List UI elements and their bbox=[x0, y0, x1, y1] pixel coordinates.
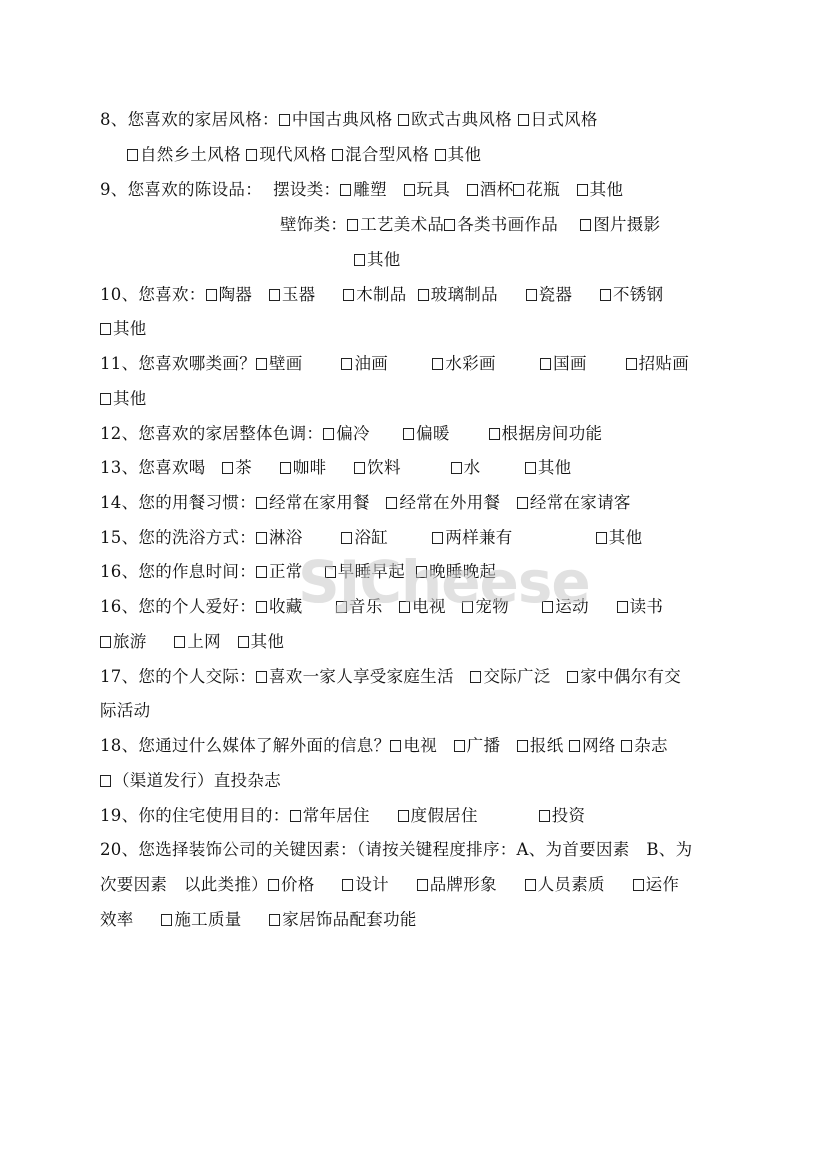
option-label: 宠物 bbox=[475, 597, 509, 616]
question-label: 19、你的住宅使用目的： bbox=[100, 806, 290, 825]
checkbox-icon[interactable] bbox=[354, 254, 365, 266]
option-label: 饮料 bbox=[367, 458, 401, 477]
checkbox-icon[interactable] bbox=[596, 532, 607, 544]
checkbox-icon[interactable] bbox=[539, 810, 550, 822]
option-checkbox[interactable]: 其他 bbox=[100, 388, 147, 410]
checkbox-icon[interactable] bbox=[238, 636, 249, 648]
checkbox-icon[interactable] bbox=[222, 462, 233, 474]
option-label: 其他 bbox=[367, 250, 401, 269]
checkbox-icon[interactable] bbox=[403, 428, 414, 440]
checkbox-icon[interactable] bbox=[517, 740, 528, 752]
checkbox-icon[interactable] bbox=[399, 601, 410, 613]
checkbox-icon[interactable] bbox=[489, 428, 500, 440]
question-label: 8、您喜欢的家居风格： bbox=[100, 110, 279, 129]
option-label: 咖啡 bbox=[293, 458, 327, 477]
option-label: 浴缸 bbox=[354, 528, 388, 547]
option-checkbox[interactable]: 其他 bbox=[525, 457, 572, 479]
checkbox-icon[interactable] bbox=[336, 601, 347, 613]
option-label: 玻璃制品 bbox=[431, 285, 498, 304]
option-label: 偏冷 bbox=[336, 424, 370, 443]
option-checkbox[interactable]: 咖啡 bbox=[280, 457, 327, 479]
option-label: 雕塑 bbox=[353, 180, 387, 199]
checkbox-icon[interactable] bbox=[435, 149, 446, 161]
checkbox-icon[interactable] bbox=[432, 532, 443, 544]
option-label: 淋浴 bbox=[269, 528, 303, 547]
option-label: 不锈钢 bbox=[613, 285, 663, 304]
checkbox-icon[interactable] bbox=[526, 289, 537, 301]
option-checkbox[interactable]: 茶 bbox=[222, 457, 252, 479]
option-checkbox[interactable]: 现代风格 bbox=[246, 144, 326, 166]
question-label: 16、您的个人爱好： bbox=[100, 597, 256, 616]
option-label: 各类书画作品 bbox=[457, 215, 558, 234]
option-checkbox[interactable]: 玩具 bbox=[404, 179, 451, 201]
option-label: 其他 bbox=[538, 458, 572, 477]
option-label: 网络 bbox=[582, 736, 616, 755]
option-checkbox[interactable]: 交际广泛 bbox=[470, 666, 550, 688]
question-label: 14、您的用餐习惯： bbox=[100, 493, 256, 512]
option-checkbox[interactable]: 浴缸 bbox=[341, 527, 388, 549]
option-label: 常年居住 bbox=[303, 806, 370, 825]
option-checkbox[interactable]: 家居饰品配套功能 bbox=[269, 909, 416, 931]
option-label: 工艺美术品 bbox=[360, 215, 444, 234]
option-checkbox[interactable]: 自然乡土风格 bbox=[127, 144, 241, 166]
checkbox-icon[interactable] bbox=[417, 879, 428, 891]
option-label: 花瓶 bbox=[526, 180, 560, 199]
checkbox-icon[interactable] bbox=[567, 671, 578, 683]
option-checkbox[interactable]: 品牌形象 bbox=[417, 874, 497, 896]
checkbox-icon[interactable] bbox=[100, 393, 111, 405]
option-label: 陶器 bbox=[219, 285, 253, 304]
option-label: 水 bbox=[464, 458, 481, 477]
option-label: 玉器 bbox=[282, 285, 316, 304]
option-label-cont: 效率 bbox=[100, 910, 134, 929]
option-checkbox[interactable]: 施工质量 bbox=[161, 909, 241, 931]
option-label: 中国古典风格 bbox=[292, 110, 393, 129]
option-checkbox[interactable]: 投资 bbox=[539, 805, 586, 827]
option-label: 早睡早起 bbox=[338, 562, 405, 581]
option-label: 读书 bbox=[630, 597, 664, 616]
option-checkbox[interactable]: 广播 bbox=[454, 735, 501, 757]
checkbox-icon[interactable] bbox=[174, 636, 185, 648]
option-checkbox[interactable]: 瓷器 bbox=[526, 284, 573, 306]
checkbox-icon[interactable] bbox=[580, 219, 591, 231]
option-checkbox[interactable]: 上网 bbox=[174, 631, 221, 653]
option-label: 茶 bbox=[235, 458, 252, 477]
option-checkbox[interactable]: 报纸 bbox=[517, 735, 564, 757]
option-checkbox[interactable]: 收藏 bbox=[256, 596, 303, 618]
option-checkbox[interactable]: 其他 bbox=[100, 318, 147, 340]
question-18: 18、您通过什么媒体了解外面的信息？电视 广播 报纸 网络 杂志 bbox=[100, 735, 668, 757]
option-label: 油画 bbox=[354, 354, 388, 373]
question-8-cont: 自然乡土风格 现代风格 混合型风格 其他 bbox=[127, 144, 481, 166]
question-label: 13、您喜欢喝 bbox=[100, 458, 206, 477]
option-checkbox[interactable]: 玻璃制品 bbox=[418, 284, 498, 306]
checkbox-icon[interactable] bbox=[621, 740, 632, 752]
question-14: 14、您的用餐习惯：经常在家用餐 经常在外用餐 经常在家请客 bbox=[100, 492, 631, 514]
option-label: 正常 bbox=[269, 562, 303, 581]
question-label: 11、您喜欢哪类画？ bbox=[100, 354, 256, 373]
option-checkbox[interactable]: 其他 bbox=[596, 527, 643, 549]
option-checkbox[interactable]: 图片摄影 bbox=[580, 214, 660, 236]
option-checkbox[interactable]: 设计 bbox=[342, 874, 389, 896]
option-label: 投资 bbox=[552, 806, 586, 825]
checkbox-icon[interactable] bbox=[256, 566, 267, 578]
option-checkbox[interactable]: 各类书画作品 bbox=[444, 214, 558, 236]
checkbox-icon[interactable] bbox=[416, 566, 427, 578]
checkbox-icon[interactable] bbox=[268, 879, 279, 891]
option-checkbox[interactable]: 电视 bbox=[390, 735, 437, 757]
option-checkbox[interactable]: 音乐 bbox=[336, 596, 383, 618]
option-checkbox[interactable]: 两样兼有 bbox=[432, 527, 512, 549]
option-label: 音乐 bbox=[349, 597, 383, 616]
question-label: 16、您的作息时间： bbox=[100, 562, 256, 581]
option-checkbox[interactable]: 招贴画 bbox=[626, 353, 689, 375]
option-label: 其他 bbox=[448, 145, 482, 164]
option-label: 晚睡晚起 bbox=[429, 562, 496, 581]
option-label: 壁画 bbox=[269, 354, 303, 373]
option-checkbox[interactable]: 雕塑 bbox=[340, 179, 387, 201]
checkbox-icon[interactable] bbox=[246, 149, 257, 161]
checkbox-icon[interactable] bbox=[280, 462, 291, 474]
checkbox-icon[interactable] bbox=[256, 358, 267, 370]
checkbox-icon[interactable] bbox=[517, 497, 528, 509]
checkbox-icon[interactable] bbox=[633, 879, 644, 891]
option-label: 经常在外用餐 bbox=[399, 493, 500, 512]
checkbox-icon[interactable] bbox=[462, 601, 473, 613]
option-label: 日式风格 bbox=[531, 110, 598, 129]
option-checkbox[interactable]: 旅游 bbox=[100, 631, 147, 653]
question-label: 9、您喜欢的陈设品： bbox=[100, 180, 262, 199]
checkbox-icon[interactable] bbox=[542, 601, 553, 613]
option-label: 图片摄影 bbox=[593, 215, 660, 234]
option-label: 两样兼有 bbox=[445, 528, 512, 547]
option-label: 其他 bbox=[590, 180, 624, 199]
option-label: 收藏 bbox=[269, 597, 303, 616]
option-label: 品牌形象 bbox=[430, 875, 497, 894]
option-checkbox[interactable]: 混合型风格 bbox=[332, 144, 429, 166]
checkbox-icon[interactable] bbox=[127, 149, 138, 161]
checkbox-icon[interactable] bbox=[418, 289, 429, 301]
option-label: 设计 bbox=[355, 875, 389, 894]
option-checkbox[interactable]: 国画 bbox=[540, 353, 587, 375]
checkbox-icon[interactable] bbox=[626, 358, 637, 370]
option-label: 旅游 bbox=[113, 632, 147, 651]
checkbox-icon[interactable] bbox=[269, 289, 280, 301]
option-label: 经常在家请客 bbox=[530, 493, 631, 512]
checkbox-icon[interactable] bbox=[279, 114, 290, 126]
question-9-wall: 壁饰类：工艺美术品各类书画作品 图片摄影 bbox=[280, 214, 660, 236]
question-8: 8、您喜欢的家居风格：中国古典风格 欧式古典风格 日式风格 bbox=[100, 109, 598, 131]
option-label: 木制品 bbox=[356, 285, 406, 304]
checkbox-icon[interactable] bbox=[256, 601, 267, 613]
question-20: 20、您选择装饰公司的关键因素：（请按关键程度排序：A、为首要因素 B、为 bbox=[100, 839, 692, 861]
option-label: 喜欢一家人享受家庭生活 bbox=[269, 667, 454, 686]
option-label: 国画 bbox=[553, 354, 587, 373]
question-label: 17、您的个人交际： bbox=[100, 667, 256, 686]
checkbox-icon[interactable] bbox=[470, 671, 481, 683]
checkbox-icon[interactable] bbox=[617, 601, 628, 613]
checkbox-icon[interactable] bbox=[100, 775, 111, 787]
checkbox-icon[interactable] bbox=[342, 879, 353, 891]
checkbox-icon[interactable] bbox=[269, 914, 280, 926]
question-10-cont: 其他 bbox=[100, 318, 147, 340]
option-checkbox[interactable]: 运作 bbox=[633, 874, 680, 896]
option-checkbox[interactable]: 饮料 bbox=[354, 457, 401, 479]
checkbox-icon[interactable] bbox=[332, 149, 343, 161]
option-checkbox[interactable]: 杂志 bbox=[621, 735, 668, 757]
option-label: 其他 bbox=[113, 389, 147, 408]
option-label: 招贴画 bbox=[639, 354, 689, 373]
option-label: 运作 bbox=[646, 875, 680, 894]
question-17-cont: 际活动 bbox=[100, 700, 150, 722]
checkbox-icon[interactable] bbox=[256, 671, 267, 683]
checkbox-icon[interactable] bbox=[341, 358, 352, 370]
checkbox-icon[interactable] bbox=[390, 740, 401, 752]
option-checkbox[interactable]: 经常在家用餐 bbox=[256, 492, 370, 514]
question-12: 12、您喜欢的家居整体色调：偏冷 偏暖 根据房间功能 bbox=[100, 423, 602, 445]
option-label: 价格 bbox=[281, 875, 315, 894]
option-checkbox[interactable]: 其他 bbox=[238, 631, 285, 653]
checkbox-icon[interactable] bbox=[343, 289, 354, 301]
option-checkbox[interactable]: 经常在外用餐 bbox=[386, 492, 500, 514]
question-13: 13、您喜欢喝 茶 咖啡 饮料 水 其他 bbox=[100, 457, 571, 479]
option-label: 欧式古典风格 bbox=[411, 110, 512, 129]
option-checkbox[interactable]: 常年居住 bbox=[290, 805, 370, 827]
question-10: 10、您喜欢：陶器 玉器 木制品 玻璃制品 瓷器 不锈钢 bbox=[100, 284, 663, 306]
question-label-cont: 次要因素 以此类推） bbox=[100, 875, 268, 894]
checkbox-icon[interactable] bbox=[340, 184, 351, 196]
checkbox-icon[interactable] bbox=[100, 636, 111, 648]
option-label: 瓷器 bbox=[539, 285, 573, 304]
option-checkbox[interactable]: 陶器 bbox=[206, 284, 253, 306]
checkbox-icon[interactable] bbox=[325, 566, 336, 578]
question-20-cont2: 效率 施工质量 家居饰品配套功能 bbox=[100, 909, 417, 931]
option-label: 偏暖 bbox=[416, 424, 450, 443]
option-label: 水彩画 bbox=[445, 354, 495, 373]
option-checkbox[interactable]: 日式风格 bbox=[518, 109, 598, 131]
option-label: 报纸 bbox=[530, 736, 564, 755]
checkbox-icon[interactable] bbox=[256, 497, 267, 509]
checkbox-icon[interactable] bbox=[444, 219, 455, 231]
option-checkbox[interactable]: 读书 bbox=[617, 596, 664, 618]
option-label: 现代风格 bbox=[259, 145, 326, 164]
option-checkbox[interactable]: 其他 bbox=[435, 144, 482, 166]
checkbox-icon[interactable] bbox=[404, 184, 415, 196]
option-label: 施工质量 bbox=[174, 910, 241, 929]
checkbox-icon[interactable] bbox=[398, 810, 409, 822]
option-label: 运动 bbox=[555, 597, 589, 616]
option-label: 广播 bbox=[467, 736, 501, 755]
question-15: 15、您的洗浴方式：淋浴 浴缸 两样兼有 其他 bbox=[100, 527, 642, 549]
option-checkbox[interactable]: 偏冷 bbox=[323, 423, 370, 445]
category-label: 摆设类： bbox=[273, 180, 340, 199]
option-checkbox[interactable]: 其他 bbox=[577, 179, 624, 201]
option-checkbox[interactable]: 家中偶尔有交 bbox=[567, 666, 681, 688]
option-checkbox[interactable]: 木制品 bbox=[343, 284, 406, 306]
option-label: 酒杯 bbox=[480, 180, 514, 199]
option-checkbox[interactable]: 水 bbox=[451, 457, 481, 479]
option-label: 家中偶尔有交 bbox=[580, 667, 681, 686]
checkbox-icon[interactable] bbox=[206, 289, 217, 301]
option-checkbox[interactable]: 欧式古典风格 bbox=[398, 109, 512, 131]
question-label: 10、您喜欢： bbox=[100, 285, 206, 304]
option-checkbox[interactable]: 壁画 bbox=[256, 353, 303, 375]
questionnaire-page: 8、您喜欢的家居风格：中国古典风格 欧式古典风格 日式风格 自然乡土风格 现代风… bbox=[0, 0, 827, 1170]
category-label: 壁饰类： bbox=[280, 215, 347, 234]
option-checkbox[interactable]: 运动 bbox=[542, 596, 589, 618]
question-label: 18、您通过什么媒体了解外面的信息？ bbox=[100, 736, 390, 755]
question-label: 20、您选择装饰公司的关键因素：（请按关键程度排序：A、为首要因素 B、为 bbox=[100, 840, 692, 859]
option-label: 家居饰品配套功能 bbox=[282, 910, 416, 929]
option-label: 其他 bbox=[113, 319, 147, 338]
option-checkbox[interactable]: 油画 bbox=[341, 353, 388, 375]
option-label: 度假居住 bbox=[411, 806, 478, 825]
option-label: 电视 bbox=[403, 736, 437, 755]
checkbox-icon[interactable] bbox=[454, 740, 465, 752]
option-checkbox[interactable]: 度假居住 bbox=[398, 805, 478, 827]
option-checkbox[interactable]: 酒杯 bbox=[467, 179, 514, 201]
option-checkbox[interactable]: 早睡早起 bbox=[325, 561, 405, 583]
checkbox-icon[interactable] bbox=[525, 879, 536, 891]
question-18-cont: （渠道发行）直投杂志 bbox=[100, 770, 281, 792]
question-9: 9、您喜欢的陈设品： 摆设类：雕塑 玩具 酒杯花瓶 其他 bbox=[100, 179, 623, 201]
checkbox-icon[interactable] bbox=[347, 219, 358, 231]
option-label: 人员素质 bbox=[538, 875, 605, 894]
question-11: 11、您喜欢哪类画？壁画 油画 水彩画 国画 招贴画 bbox=[100, 353, 689, 375]
question-17: 17、您的个人交际：喜欢一家人享受家庭生活 交际广泛 家中偶尔有交 bbox=[100, 666, 681, 688]
checkbox-icon[interactable] bbox=[386, 497, 397, 509]
option-label: 电视 bbox=[412, 597, 446, 616]
checkbox-icon[interactable] bbox=[600, 289, 611, 301]
checkbox-icon[interactable] bbox=[354, 462, 365, 474]
checkbox-icon[interactable] bbox=[290, 810, 301, 822]
option-label: 自然乡土风格 bbox=[140, 145, 241, 164]
question-9-cont: 其他 bbox=[354, 249, 401, 271]
option-checkbox[interactable]: （渠道发行）直投杂志 bbox=[100, 770, 281, 792]
checkbox-icon[interactable] bbox=[432, 358, 443, 370]
checkbox-icon[interactable] bbox=[513, 184, 524, 196]
option-label: 其他 bbox=[609, 528, 643, 547]
option-checkbox[interactable]: 水彩画 bbox=[432, 353, 495, 375]
option-label: （渠道发行）直投杂志 bbox=[113, 771, 281, 790]
option-checkbox[interactable]: 不锈钢 bbox=[600, 284, 663, 306]
option-label: 上网 bbox=[187, 632, 221, 651]
checkbox-icon[interactable] bbox=[451, 462, 462, 474]
option-label: 其他 bbox=[251, 632, 285, 651]
checkbox-icon[interactable] bbox=[518, 114, 529, 126]
question-label: 12、您喜欢的家居整体色调： bbox=[100, 424, 323, 443]
option-checkbox[interactable]: 玉器 bbox=[269, 284, 316, 306]
option-checkbox[interactable]: 电视 bbox=[399, 596, 446, 618]
option-checkbox[interactable]: 淋浴 bbox=[256, 527, 303, 549]
option-checkbox[interactable]: 正常 bbox=[256, 561, 303, 583]
checkbox-icon[interactable] bbox=[398, 114, 409, 126]
option-checkbox[interactable]: 偏暖 bbox=[403, 423, 450, 445]
question-16-schedule: 16、您的作息时间：正常 早睡早起 晚睡晚起 bbox=[100, 561, 496, 583]
option-label-cont: 际活动 bbox=[100, 701, 150, 720]
option-checkbox[interactable]: 工艺美术品 bbox=[347, 214, 444, 236]
option-label: 交际广泛 bbox=[483, 667, 550, 686]
option-checkbox[interactable]: 经常在家请客 bbox=[517, 492, 631, 514]
checkbox-icon[interactable] bbox=[256, 532, 267, 544]
question-20-cont: 次要因素 以此类推）价格 设计 品牌形象 人员素质 运作 bbox=[100, 874, 679, 896]
checkbox-icon[interactable] bbox=[323, 428, 334, 440]
question-11-cont: 其他 bbox=[100, 388, 147, 410]
checkbox-icon[interactable] bbox=[467, 184, 478, 196]
checkbox-icon[interactable] bbox=[577, 184, 588, 196]
question-19: 19、你的住宅使用目的：常年居住 度假居住 投资 bbox=[100, 805, 585, 827]
question-16-hobbies: 16、您的个人爱好：收藏 音乐 电视 宠物 运动 读书 bbox=[100, 596, 663, 618]
option-label: 杂志 bbox=[634, 736, 668, 755]
option-checkbox[interactable]: 宠物 bbox=[462, 596, 509, 618]
option-checkbox[interactable]: 人员素质 bbox=[525, 874, 605, 896]
option-checkbox[interactable]: 晚睡晚起 bbox=[416, 561, 496, 583]
option-label: 经常在家用餐 bbox=[269, 493, 370, 512]
checkbox-icon[interactable] bbox=[161, 914, 172, 926]
question-16-hobbies-cont: 旅游 上网 其他 bbox=[100, 631, 284, 653]
checkbox-icon[interactable] bbox=[100, 323, 111, 335]
option-checkbox[interactable]: 价格 bbox=[268, 874, 315, 896]
checkbox-icon[interactable] bbox=[525, 462, 536, 474]
option-label: 玩具 bbox=[417, 180, 451, 199]
option-label: 根据房间功能 bbox=[502, 424, 603, 443]
option-checkbox[interactable]: 中国古典风格 bbox=[279, 109, 393, 131]
checkbox-icon[interactable] bbox=[540, 358, 551, 370]
question-label: 15、您的洗浴方式： bbox=[100, 528, 256, 547]
checkbox-icon[interactable] bbox=[341, 532, 352, 544]
option-checkbox[interactable]: 网络 bbox=[569, 735, 616, 757]
option-checkbox[interactable]: 喜欢一家人享受家庭生活 bbox=[256, 666, 454, 688]
option-label: 混合型风格 bbox=[345, 145, 429, 164]
option-checkbox[interactable]: 根据房间功能 bbox=[489, 423, 603, 445]
checkbox-icon[interactable] bbox=[569, 740, 580, 752]
option-checkbox[interactable]: 花瓶 bbox=[513, 179, 560, 201]
option-checkbox[interactable]: 其他 bbox=[354, 249, 401, 271]
